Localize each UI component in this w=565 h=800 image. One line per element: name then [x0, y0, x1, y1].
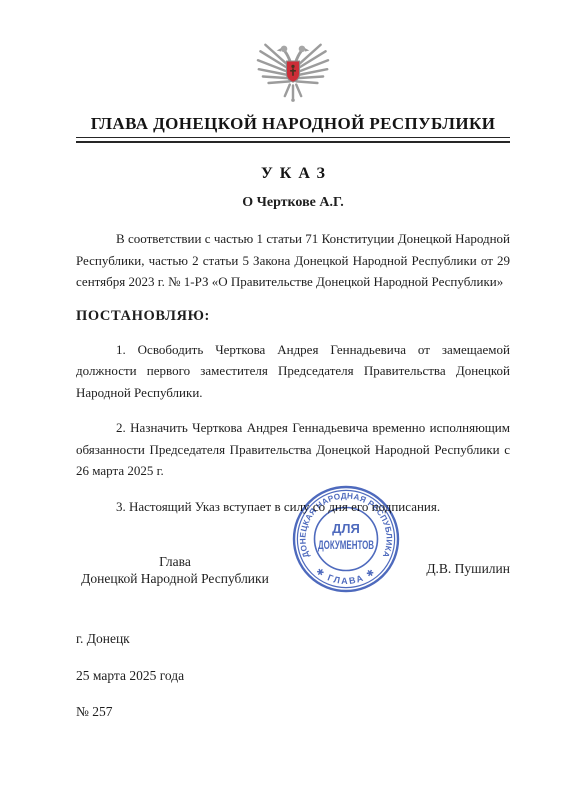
stamp-center-line2: ДОКУМЕНТОВ — [318, 538, 374, 552]
document-type-heading: УКАЗ — [76, 165, 510, 183]
page-title: ГЛАВА ДОНЕЦКОЙ НАРОДНОЙ РЕСПУБЛИКИ — [76, 114, 510, 134]
decree-item-3: 3. Настоящий Указ вступает в силу со дня… — [76, 496, 510, 518]
preamble-paragraph: В соответствии с частью 1 статьи 71 Конс… — [76, 228, 510, 293]
decree-number: № 257 — [76, 704, 510, 720]
eagle-tail-orb — [291, 98, 295, 102]
signatory-position-line1: Глава — [76, 553, 274, 570]
signatory-position-line2: Донецкой Народной Республики — [76, 570, 274, 587]
signatory-position: Глава Донецкой Народной Республики — [76, 553, 274, 587]
resolve-heading: ПОСТАНОВЛЯЮ: — [76, 308, 510, 325]
dnr-coat-of-arms-icon — [252, 35, 334, 105]
signature-block: Глава Донецкой Народной Республики Д.В. … — [76, 553, 510, 587]
emblem-container — [0, 0, 565, 105]
issue-city: г. Донецк — [76, 631, 510, 647]
decree-item-2: 2. Назначить Черткова Андрея Геннадьевич… — [76, 417, 510, 482]
document-subject: О Черткове А.Г. — [76, 195, 510, 211]
issue-date: 25 марта 2025 года — [76, 668, 510, 684]
signatory-name: Д.В. Пушилин — [426, 561, 510, 577]
decree-item-1: 1. Освободить Черткова Андрея Геннадьеви… — [76, 339, 510, 404]
official-round-stamp: ДОНЕЦКАЯ НАРОДНАЯ РЕСПУБЛИКА ✱ ГЛАВА ✱ Д… — [276, 469, 416, 609]
decree-document-page: ГЛАВА ДОНЕЦКОЙ НАРОДНОЙ РЕСПУБЛИКИ УКАЗ … — [0, 0, 565, 800]
eagle-tail — [285, 85, 301, 99]
stamp-center-line1: ДЛЯ — [332, 521, 360, 536]
header-divider — [76, 137, 510, 143]
